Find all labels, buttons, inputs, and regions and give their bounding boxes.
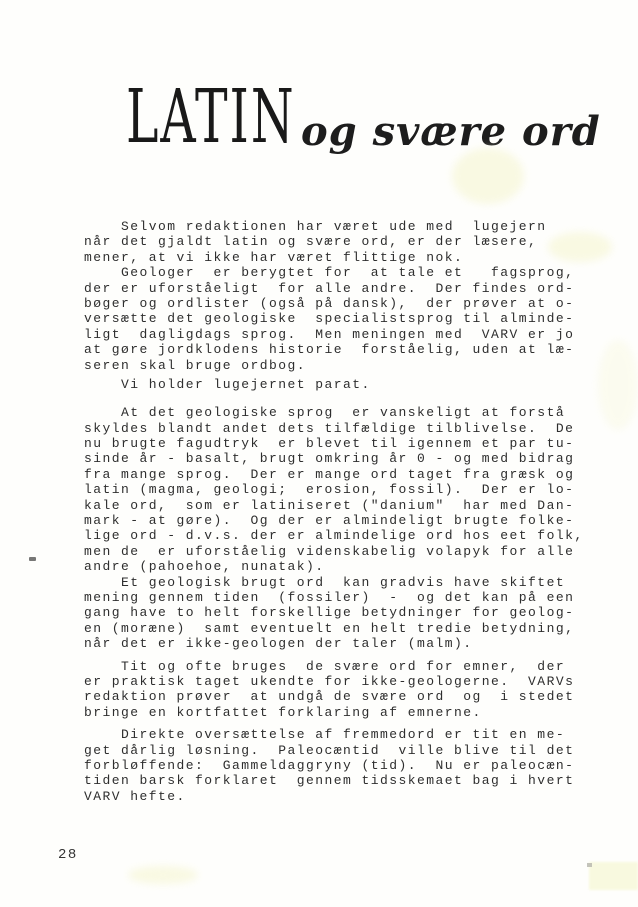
text-line: VARV hefte.: [84, 789, 604, 804]
text-line: bøger og ordlister (også på dansk), der …: [84, 296, 604, 311]
text-line: latin (magma, geologi; erosion, fossil).…: [84, 482, 604, 497]
text-line: sinde år - basalt, brugt omkring år 0 - …: [84, 451, 604, 466]
text-line: gang have to helt forskellige betydninge…: [84, 605, 604, 620]
text-line: Direkte oversættelse af fremmedord er ti…: [84, 727, 604, 742]
body-text: Selvom redaktionen har været ude med lug…: [84, 219, 604, 804]
text-line: mark - at gøre). Og der er almindeligt b…: [84, 513, 604, 528]
text-line: andre (pahoehoe, nunatak).: [84, 559, 604, 574]
text-line: skyldes blandt andet dets tilfældige til…: [84, 421, 604, 436]
text-line: kale ord, som er latiniseret ("danium" h…: [84, 498, 604, 513]
text-line: men de er uforståelig videnskabelig vola…: [84, 544, 604, 559]
scan-speck: [29, 557, 36, 561]
scan-stain: [598, 340, 638, 430]
text-line: når det er ikke-geologen der taler (malm…: [84, 636, 604, 651]
text-line: når det gjaldt latin og svære ord, er de…: [84, 234, 604, 249]
text-line: er praktisk taget ukendte for ikke-geolo…: [84, 674, 604, 689]
paragraph: Selvom redaktionen har været ude med lug…: [84, 219, 604, 373]
text-line: lige ord - d.v.s. der er almindelige ord…: [84, 528, 604, 543]
text-line: Tit og ofte bruges de svære ord for emne…: [84, 659, 604, 674]
text-line: der er uforståeligt for alle andre. Der …: [84, 281, 604, 296]
text-line: ligt dagligdags sprog. Men meningen med …: [84, 327, 604, 342]
paragraph: Vi holder lugejernet parat.: [84, 377, 604, 392]
paragraph: Tit og ofte bruges de svære ord for emne…: [84, 659, 604, 721]
paragraph: Direkte oversættelse af fremmedord er ti…: [84, 727, 604, 804]
text-line: nu brugte fagudtryk er blevet til igenne…: [84, 436, 604, 451]
text-line: mener, at vi ikke har været flittige nok…: [84, 250, 604, 265]
page-title: LATIN: [126, 80, 296, 154]
text-line: seren skal bruge ordbog.: [84, 358, 604, 373]
text-line: Geologer er berygtet for at tale et fags…: [84, 265, 604, 280]
text-line: fra mange sprog. Der er mange ord taget …: [84, 467, 604, 482]
scan-stain: [128, 866, 198, 884]
scan-speck: [587, 863, 592, 867]
page-number: 28: [58, 847, 78, 863]
page-subtitle: og svære ord: [301, 112, 601, 152]
text-line: versætte det geologiske specialistsprog …: [84, 311, 604, 326]
scan-stain: [589, 862, 638, 890]
scan-stain: [452, 148, 524, 204]
text-line: mening gennem tiden (fossiler) - og det …: [84, 590, 604, 605]
text-line: Selvom redaktionen har været ude med lug…: [84, 219, 604, 234]
scanned-page: LATIN og svære ord Selvom redaktionen ha…: [0, 0, 638, 907]
text-line: tiden barsk forklaret gennem tidsskemaet…: [84, 773, 604, 788]
text-line: Et geologisk brugt ord kan gradvis have …: [84, 575, 604, 590]
text-line: forbløffende: Gammeldaggryny (tid). Nu e…: [84, 758, 604, 773]
text-line: At det geologiske sprog er vanskeligt at…: [84, 405, 604, 420]
paragraph: At det geologiske sprog er vanskeligt at…: [84, 405, 604, 651]
text-line: get dårlig løsning. Paleocæntid ville bl…: [84, 743, 604, 758]
text-line: Vi holder lugejernet parat.: [84, 377, 604, 392]
text-line: bringe en kortfattet forklaring af emner…: [84, 705, 604, 720]
text-line: en (moræne) samt eventuelt en helt tredi…: [84, 621, 604, 636]
text-line: redaktion prøver at undgå de svære ord o…: [84, 689, 604, 704]
text-line: at gøre jordklodens historie forståelig,…: [84, 342, 604, 357]
